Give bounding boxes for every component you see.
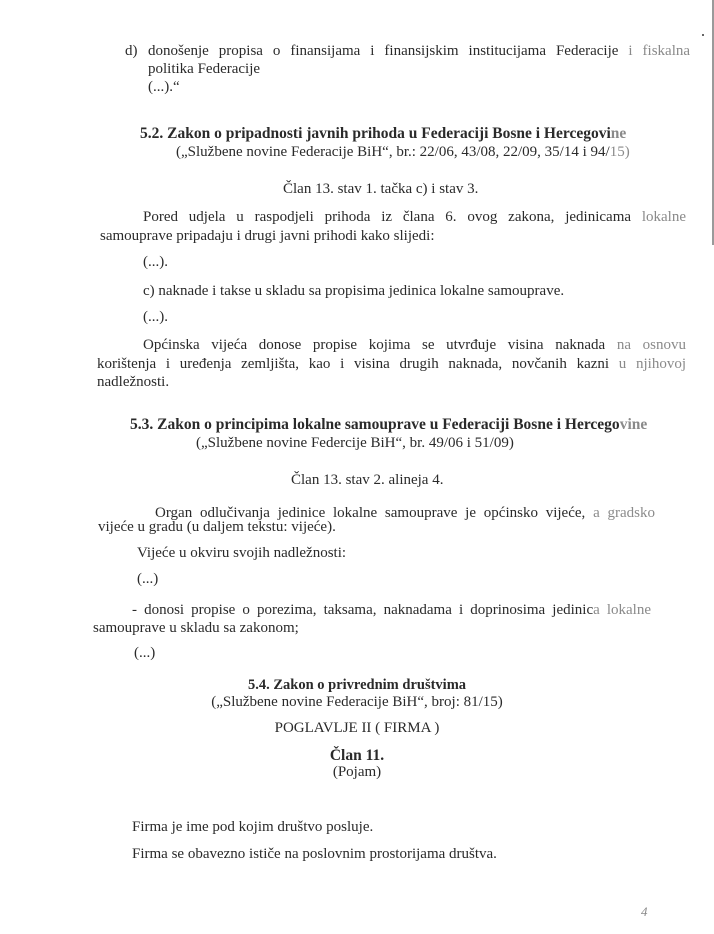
section-5-3-citation: („Službene novine Federcije BiH“, br. 49… (196, 435, 514, 452)
scan-speck (702, 34, 704, 36)
item-d-faded: i fiskalna (628, 43, 690, 59)
section-5-3-article: Član 13. stav 2. alineja 4. (291, 472, 443, 489)
section-5-3-para1-line2: vijeće u gradu (u daljem tekstu: vijeće)… (98, 519, 336, 536)
item-d-line1: donošenje propisa o finansijama i finans… (148, 43, 690, 60)
section-5-4-chapter: POGLAVLJE II ( FIRMA ) (0, 720, 714, 737)
para-faded: u njihovoj (619, 356, 686, 372)
section-5-3-ellipsis2: (...) (134, 645, 155, 662)
para-text: korištenja i uređenja zemljišta, kao i v… (97, 356, 609, 372)
item-d-text: donošenje propisa o finansijama i finans… (148, 43, 618, 59)
para-text: Općinska vijeća donose propise kojima se… (143, 337, 605, 353)
section-5-2-ellipsis2: (...). (143, 309, 168, 326)
section-5-2-title-faded: ne (611, 125, 627, 142)
section-5-2-article: Član 13. stav 1. tačka c) i stav 3. (283, 181, 478, 198)
item-d-line2: politika Federacije (148, 61, 260, 78)
section-5-3-para3-line1: - donosi propise o porezima, taksama, na… (132, 602, 651, 619)
section-5-4-para2: Firma se obavezno ističe na poslovnim pr… (132, 846, 497, 863)
section-5-2-para2-line2: korištenja i uređenja zemljišta, kao i v… (97, 356, 686, 373)
section-5-3-title: 5.3. Zakon o principima lokalne samoupra… (130, 416, 647, 434)
para-text: - donosi propise o porezima, taksama, na… (132, 602, 593, 618)
page-number: 4 (641, 904, 648, 920)
item-d-marker: d) (125, 43, 138, 60)
section-5-2-para1-line2: samouprave pripadaju i drugi javni priho… (100, 228, 435, 245)
section-5-3-para3-line2: samouprave u skladu sa zakonom; (93, 620, 299, 637)
para-faded: a gradsko (593, 505, 655, 521)
section-5-2-para2-line1: Općinska vijeća donose propise kojima se… (143, 337, 686, 354)
section-5-2-item-c: c) naknade i takse u skladu sa propisima… (143, 283, 564, 300)
section-5-2-title: 5.2. Zakon o pripadnosti javnih prihoda … (140, 125, 626, 143)
section-5-2-citation: („Službene novine Federacije BiH“, br.: … (176, 144, 630, 161)
section-5-2-citation-faded: 15) (610, 144, 630, 160)
section-5-4-para1: Firma je ime pod kojim društvo posluje. (132, 819, 373, 836)
para-text: Pored udjela u raspodjeli prihoda iz čla… (143, 209, 631, 225)
section-5-3-title-faded: vine (620, 416, 648, 433)
section-5-3-title-text: 5.3. Zakon o principima lokalne samoupra… (130, 416, 620, 433)
section-5-3-ellipsis1: (...) (137, 571, 158, 588)
section-5-2-ellipsis1: (...). (143, 254, 168, 271)
section-5-2-para1-line1: Pored udjela u raspodjeli prihoda iz čla… (143, 209, 686, 226)
section-5-4-citation: („Službene novine Federacije BiH“, broj:… (0, 694, 714, 711)
section-5-4-title: 5.4. Zakon o privrednim društvima (0, 677, 714, 694)
item-d-line3: (...).“ (148, 79, 180, 96)
para-faded: a lokalne (593, 602, 651, 618)
section-5-3-para2: Vijeće u okviru svojih nadležnosti: (137, 545, 346, 562)
section-5-2-title-text: 5.2. Zakon o pripadnosti javnih prihoda … (140, 125, 611, 142)
section-5-4-article-subtitle: (Pojam) (0, 764, 714, 781)
para-faded: lokalne (642, 209, 686, 225)
section-5-2-para2-line3: nadležnosti. (97, 374, 169, 391)
section-5-4-article: Član 11. (0, 747, 714, 765)
section-5-2-citation-text: („Službene novine Federacije BiH“, br.: … (176, 144, 610, 160)
para-faded: na osnovu (617, 337, 686, 353)
